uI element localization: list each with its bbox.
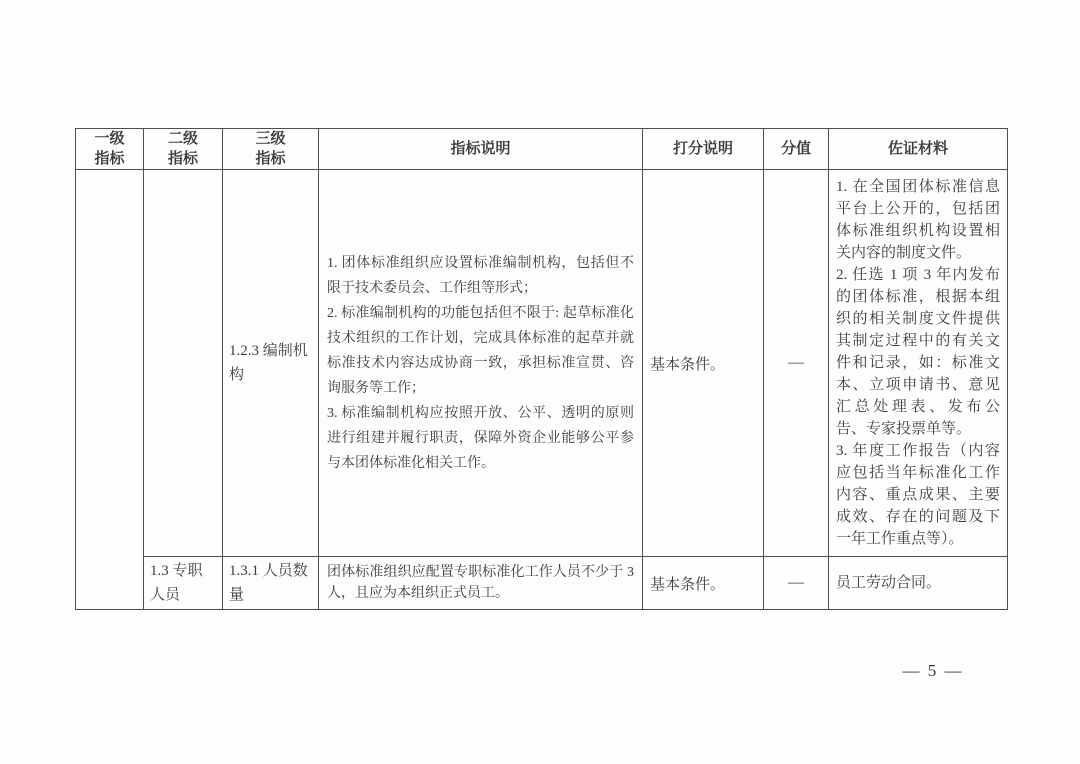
table-row: 1.3 专职人员 1.3.1 人员数量 团体标准组织应配置专职标准化工作人员不少… [76,557,1008,610]
supporting-material-cell: 1. 在全国团体标准信息平台上公开的，包括团体标准组织机构设置相关内容的制度文件… [829,170,1008,557]
page-number: — 5 — [893,661,973,681]
table-row: 1.2.3 编制机构 1. 团体标准组织应设置标准编制机构，包括但不限于技术委员… [76,170,1008,557]
description-item: 3. 标准编制机构应按照开放、公平、透明的原则进行组建并履行职责，保障外资企业能… [327,401,634,476]
col-header-level1-indicator: 一级 指标 [76,129,144,170]
level3-indicator-cell: 1.3.1 人员数量 [223,557,319,610]
evidence-item: 员工劳动合同。 [836,572,1000,594]
col-header-level3-indicator: 三级 指标 [223,129,319,170]
evidence-item: 3. 年度工作报告（内容应包括当年标准化工作内容、重点成果、主要成效、存在的问题… [836,440,1000,550]
supporting-material-cell: 员工劳动合同。 [829,557,1008,610]
level2-indicator-cell [144,170,223,557]
level2-indicator-cell: 1.3 专职人员 [144,557,223,610]
evidence-item: 2. 任选 1 项 3 年内发布的团体标准，根据本组织的相关制度文件提供其制定过… [836,264,1000,440]
description-item: 2. 标准编制机构的功能包括但不限于: 起草标准化技术组织的工作计划，完成具体标… [327,301,634,401]
indicator-table: 一级 指标 二级 指标 三级 指标 指标说明 打分说明 分值 佐证材料 1.2.… [75,128,1008,610]
indicator-description-cell: 团体标准组织应配置专职标准化工作人员不少于 3 人，且应为本组织正式员工。 [319,557,643,610]
col-header-indicator-description: 指标说明 [319,129,643,170]
col-header-level2-indicator: 二级 指标 [144,129,223,170]
document-page: 一级 指标 二级 指标 三级 指标 指标说明 打分说明 分值 佐证材料 1.2.… [0,0,1080,764]
scoring-description-cell: 基本条件。 [643,557,764,610]
header-row: 一级 指标 二级 指标 三级 指标 指标说明 打分说明 分值 佐证材料 [76,129,1008,170]
level3-indicator-cell: 1.2.3 编制机构 [223,170,319,557]
description-item: 1. 团体标准组织应设置标准编制机构，包括但不限于技术委员会、工作组等形式； [327,251,634,301]
score-value-cell: — [764,557,829,610]
indicator-description-cell: 1. 团体标准组织应设置标准编制机构，包括但不限于技术委员会、工作组等形式； 2… [319,170,643,557]
col-header-supporting-material: 佐证材料 [829,129,1008,170]
description-item: 团体标准组织应配置专职标准化工作人员不少于 3 人，且应为本组织正式员工。 [327,562,634,604]
col-header-scoring-description: 打分说明 [643,129,764,170]
score-value-cell: — [764,170,829,557]
scoring-description-cell: 基本条件。 [643,170,764,557]
level1-indicator-cell [76,170,144,610]
col-header-score-value: 分值 [764,129,829,170]
evidence-item: 1. 在全国团体标准信息平台上公开的，包括团体标准组织机构设置相关内容的制度文件… [836,176,1000,264]
